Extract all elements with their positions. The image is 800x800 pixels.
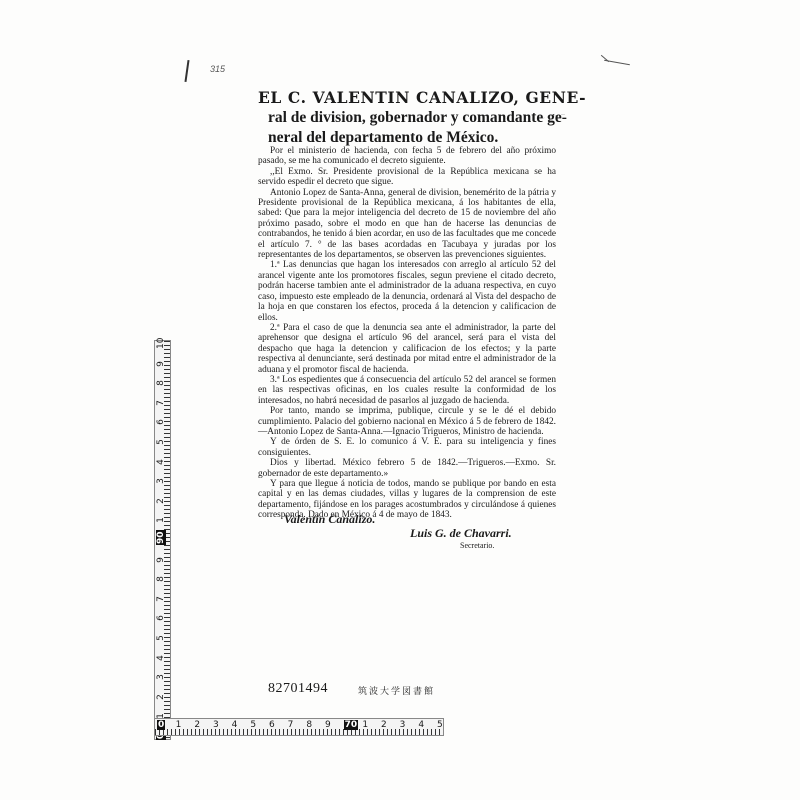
- catalog-number: 82701494: [268, 681, 328, 697]
- ruler-label: 6: [269, 720, 275, 730]
- paragraph-article-1: 1.ª Las denuncias que hagan los interesa…: [258, 260, 556, 322]
- paragraph: Dios y libertad. México febrero 5 de 184…: [258, 458, 556, 479]
- archive-number: 315: [210, 64, 225, 74]
- ruler-label: 5: [156, 437, 166, 447]
- ruler-label: 7: [156, 398, 166, 408]
- paragraph: Por tanto, mando se imprima, publique, c…: [258, 406, 556, 437]
- ruler-label: 4: [418, 720, 424, 730]
- ruler-label: 6: [156, 613, 166, 623]
- ruler-label: 9: [156, 555, 166, 565]
- signature-block: Valentin Canalizo. Luis G. de Chavarri. …: [284, 512, 564, 552]
- ruler-label: 5: [156, 633, 166, 643]
- document-heading: EL C. VALENTIN CANALIZO, GENE- ral de di…: [258, 88, 558, 148]
- ruler-label: 3: [213, 720, 219, 730]
- paragraph: Por el ministerio de hacienda, con fecha…: [258, 146, 556, 167]
- ruler-label: 5: [437, 720, 443, 730]
- ruler-label: 6: [156, 417, 166, 427]
- heading-line-3: neral del departamento de México.: [258, 128, 558, 148]
- heading-line-2: ral de division, gobernador y comandante…: [258, 108, 558, 128]
- ruler-label: 4: [156, 457, 166, 467]
- ruler-label: 70: [344, 720, 359, 730]
- ruler-label: 2: [156, 692, 166, 702]
- ruler-label: 9: [156, 359, 166, 369]
- ruler-label: 8: [156, 378, 166, 388]
- ruler-label: 3: [400, 720, 406, 730]
- ruler-label: 7: [288, 720, 294, 730]
- ruler-label: 4: [232, 720, 238, 730]
- paragraph: Y de órden de S. E. lo comunico á V. E. …: [258, 437, 556, 458]
- ruler-label: 3: [156, 476, 166, 486]
- ruler-label: 1: [362, 720, 368, 730]
- governor-signature: Valentin Canalizo.: [284, 512, 375, 527]
- ruler-label: 0: [157, 720, 165, 730]
- ruler-label: 2: [381, 720, 387, 730]
- ruler-label: 8: [306, 720, 312, 730]
- ruler-label: 90: [156, 535, 166, 545]
- margin-pen-mark: [184, 60, 189, 82]
- paragraph: Antonio Lopez de Santa-Anna, general de …: [258, 188, 556, 261]
- vertical-scale-ruler: 01234567899012345678910: [154, 340, 171, 740]
- scanned-page: 315 ~ ~ ~ ~ EL C. VALENTIN CANALIZO, GEN…: [0, 0, 800, 800]
- ruler-label: 1: [176, 720, 182, 730]
- ruler-label: 9: [325, 720, 331, 730]
- paragraph-article-3: 3.ª Los espedientes que á consecuencia d…: [258, 375, 556, 406]
- paragraph-article-2: 2.ª Para el caso de que la denuncia sea …: [258, 323, 556, 375]
- ruler-label: 10: [156, 339, 166, 349]
- document-body: Por el ministerio de hacienda, con fecha…: [258, 146, 556, 521]
- ruler-label: 5: [250, 720, 256, 730]
- ruler-label: 8: [156, 574, 166, 584]
- ruler-label: 7: [156, 594, 166, 604]
- ruler-label: 1: [156, 515, 166, 525]
- ruler-label: 4: [156, 653, 166, 663]
- ruler-label: 3: [156, 672, 166, 682]
- secretary-signature: Luis G. de Chavarri.: [410, 526, 512, 541]
- ruler-label: 2: [156, 496, 166, 506]
- ruler-label: 2: [194, 720, 200, 730]
- paragraph: ,,El Exmo. Sr. Presidente provisional de…: [258, 167, 556, 188]
- secretary-title: Secretario.: [460, 541, 494, 550]
- horizontal-scale-ruler: 01234567897012345: [154, 718, 444, 736]
- heading-line-1: EL C. VALENTIN CANALIZO, GENE-: [258, 88, 558, 108]
- library-stamp: 筑波大学図書館: [358, 684, 435, 697]
